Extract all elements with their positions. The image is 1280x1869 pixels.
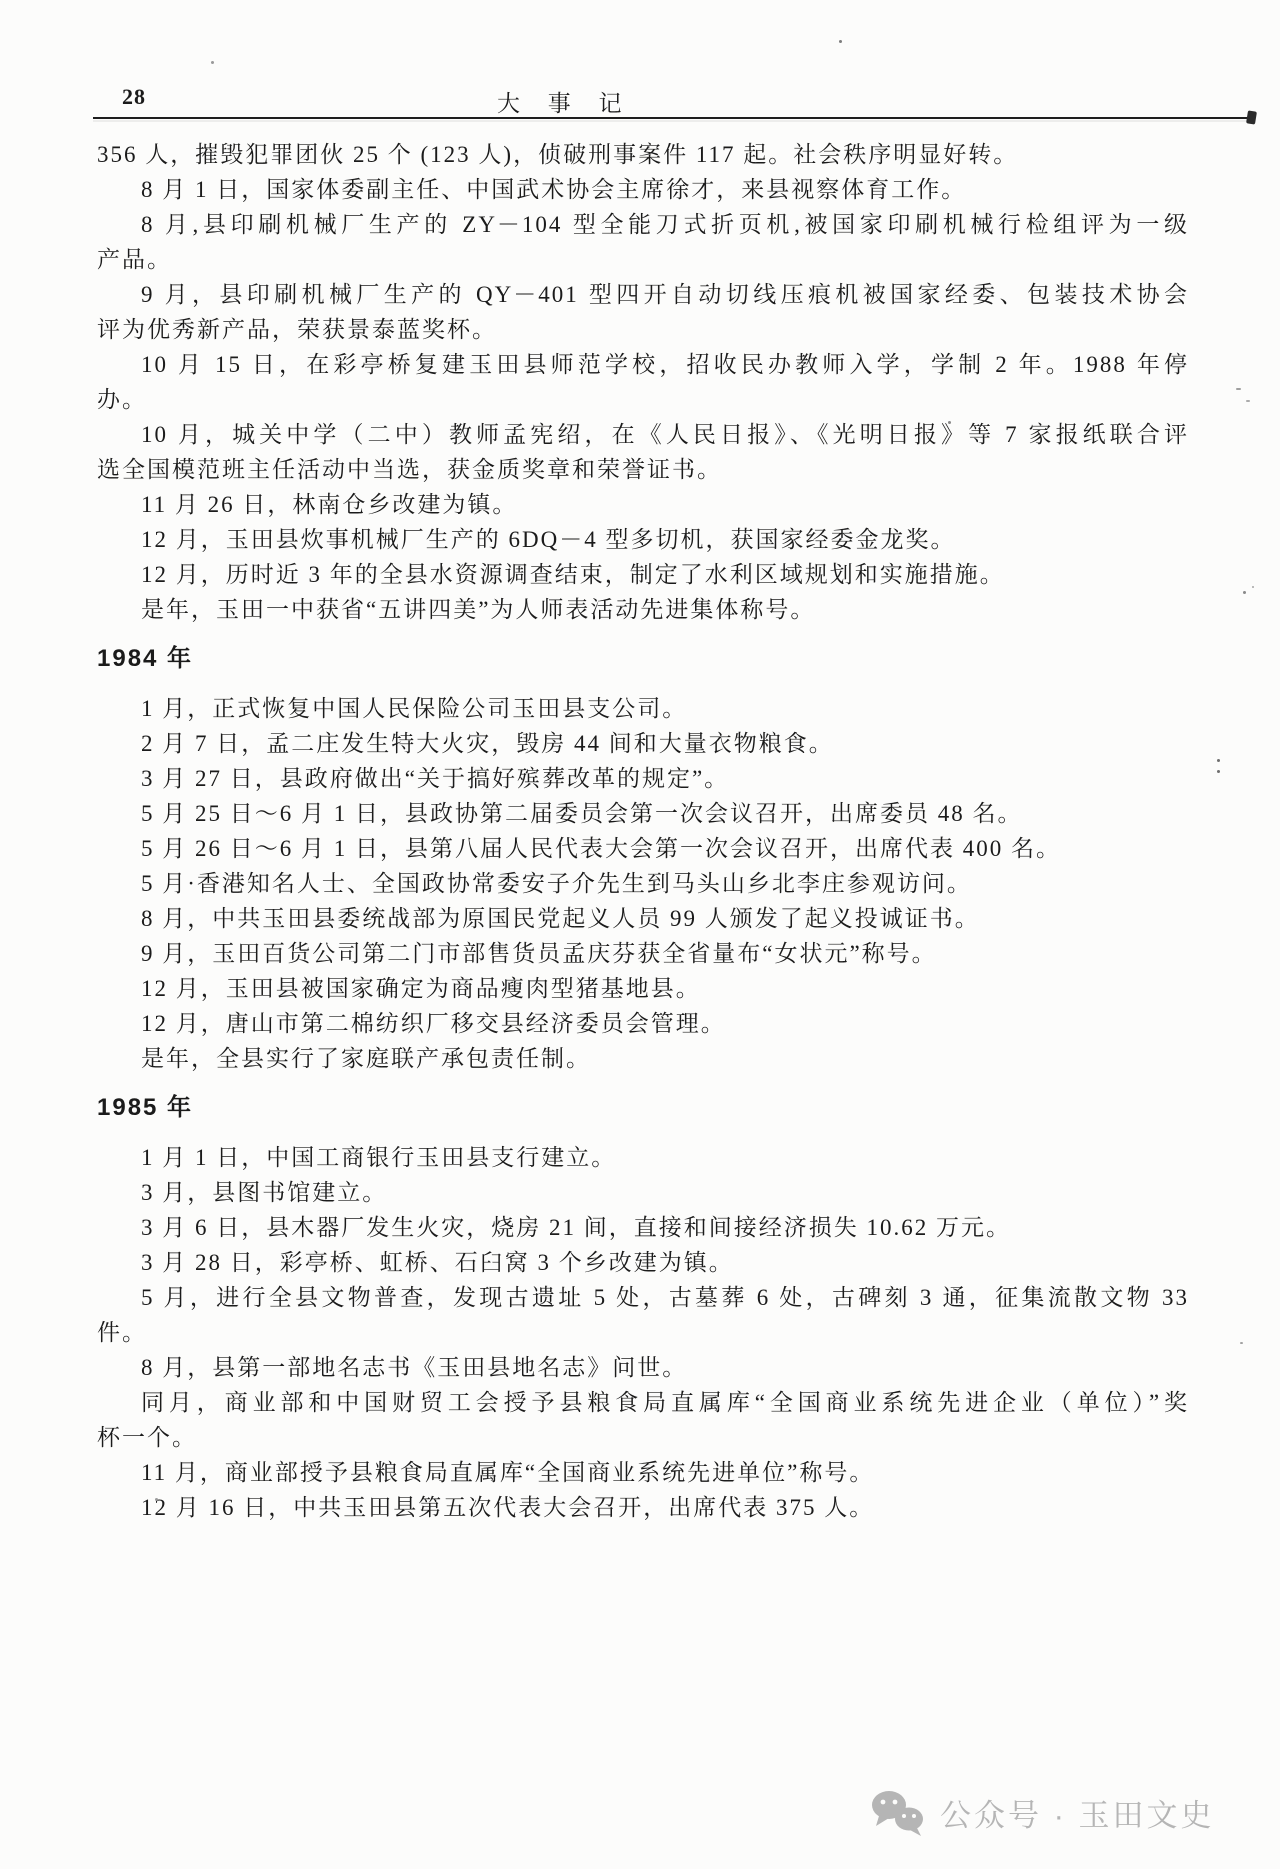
scan-artifact <box>1217 770 1220 773</box>
scan-artifact <box>1246 400 1250 402</box>
entry-line: 5 月 25 日～6 月 1 日，县政协第二届委员会第一次会议召开，出席委员 4… <box>97 796 1189 831</box>
page-header: 28 大 事 记 <box>93 84 1253 126</box>
section-continued: 356 人，摧毁犯罪团伙 25 个 (123 人)，侦破刑事案件 117 起。社… <box>97 137 1189 627</box>
scan-artifact <box>1240 1342 1243 1344</box>
entry-line: 产品。 <box>97 242 1189 277</box>
watermark-text: 公众号 · 玉田文史 <box>940 1790 1215 1835</box>
entry-line: 11 月 26 日，林南仓乡改建为镇。 <box>97 487 1189 522</box>
entry-line: 12 月，历时近 3 年的全县水资源调查结束，制定了水利区域规划和实施措施。 <box>97 557 1189 592</box>
entry-line: 是年，玉田一中获省“五讲四美”为人师表活动先进集体称号。 <box>97 592 1189 627</box>
entry-line: 12 月，玉田县被国家确定为商品瘦肉型猪基地县。 <box>97 971 1189 1006</box>
entry-line: 12 月，唐山市第二棉纺织厂移交县经济委员会管理。 <box>97 1006 1189 1041</box>
header-rule <box>93 117 1253 119</box>
scan-artifact <box>1252 586 1254 588</box>
section-1985: 1985 年 1 月 1 日，中国工商银行玉田县支行建立。 3 月，县图书馆建立… <box>97 1090 1189 1525</box>
scan-artifact <box>1243 591 1246 594</box>
entry-line: 评为优秀新产品，荣获景泰蓝奖杯。 <box>97 312 1189 347</box>
watermark: 公众号 · 玉田文史 <box>868 1788 1215 1836</box>
entry-line: 3 月 27 日，县政府做出“关于搞好殡葬改革的规定”。 <box>97 761 1189 796</box>
entry-line: 是年，全县实行了家庭联产承包责任制。 <box>97 1041 1189 1076</box>
scan-artifact <box>948 421 951 424</box>
document-page: 28 大 事 记 356 人，摧毁犯罪团伙 25 个 (123 人)，侦破刑事案… <box>0 0 1280 1869</box>
entry-line: 11 月，商业部授予县粮食局直属库“全国商业系统先进单位”称号。 <box>97 1455 1189 1490</box>
scan-artifact <box>1236 388 1241 390</box>
entry-line: 2 月 7 日，孟二庄发生特大火灾，毁房 44 间和大量衣物粮食。 <box>97 726 1189 761</box>
entry-line: 8 月，中共玉田县委统战部为原国民党起义人员 99 人颁发了起义投诚证书。 <box>97 901 1189 936</box>
scan-artifact <box>211 61 214 64</box>
entry-line: 办。 <box>97 382 1189 417</box>
entry-line: 3 月 28 日，彩亭桥、虹桥、石臼窝 3 个乡改建为镇。 <box>97 1245 1189 1280</box>
entry-line: 10 月，城关中学（二中）教师孟宪绍，在《人民日报》、《光明日报》等 7 家报纸… <box>97 417 1189 452</box>
entry-line: 9 月，县印刷机械厂生产的 QY－401 型四开自动切线压痕机被国家经委、包装技… <box>97 277 1189 312</box>
section-heading-1984: 1984 年 <box>97 641 1189 677</box>
entry-line: 3 月，县图书馆建立。 <box>97 1175 1189 1210</box>
entry-line: 8 月，县第一部地名志书《玉田县地名志》问世。 <box>97 1350 1189 1385</box>
entry-line: 杯一个。 <box>97 1420 1189 1455</box>
entry-line: 件。 <box>97 1315 1189 1350</box>
entry-line: 5 月，进行全县文物普查，发现古遗址 5 处，古墓葬 6 处，古碑刻 3 通，征… <box>97 1280 1189 1315</box>
page-title: 大 事 记 <box>497 85 633 118</box>
entry-line: 12 月，玉田县炊事机械厂生产的 6DQ－4 型多切机，获国家经委金龙奖。 <box>97 522 1189 557</box>
entry-line: 5 月·香港知名人士、全国政协常委安子介先生到马头山乡北李庄参观访问。 <box>97 866 1189 901</box>
entry-line: 1 月，正式恢复中国人民保险公司玉田县支公司。 <box>97 691 1189 726</box>
page-body: 356 人，摧毁犯罪团伙 25 个 (123 人)，侦破刑事案件 117 起。社… <box>97 137 1189 1525</box>
entry-line: 9 月，玉田百货公司第二门市部售货员孟庆芬获全省量布“女状元”称号。 <box>97 936 1189 971</box>
section-heading-1985: 1985 年 <box>97 1090 1189 1126</box>
section-1984: 1984 年 1 月，正式恢复中国人民保险公司玉田县支公司。 2 月 7 日，孟… <box>97 641 1189 1076</box>
entry-line: 8 月 1 日，国家体委副主任、中国武术协会主席徐才，来县视察体育工作。 <box>97 172 1189 207</box>
entry-line: 同月，商业部和中国财贸工会授予县粮食局直属库“全国商业系统先进企业（单位）”奖 <box>97 1385 1189 1420</box>
scan-artifact <box>1246 110 1257 124</box>
entry-line: 10 月 15 日，在彩亭桥复建玉田县师范学校，招收民办教师入学，学制 2 年。… <box>97 347 1189 382</box>
entry-line: 8 月,县印刷机械厂生产的 ZY－104 型全能刀式折页机,被国家印刷机械行检组… <box>97 207 1189 242</box>
entry-line: 3 月 6 日，县木器厂发生火灾，烧房 21 间，直接和间接经济损失 10.62… <box>97 1210 1189 1245</box>
entry-line: 356 人，摧毁犯罪团伙 25 个 (123 人)，侦破刑事案件 117 起。社… <box>97 137 1189 172</box>
entry-line: 选全国模范班主任活动中当选，获金质奖章和荣誉证书。 <box>97 452 1189 487</box>
entry-line: 1 月 1 日，中国工商银行玉田县支行建立。 <box>97 1140 1189 1175</box>
wechat-icon <box>868 1788 926 1836</box>
scan-artifact <box>839 40 842 43</box>
scan-artifact <box>1217 759 1220 762</box>
page-number: 28 <box>122 84 146 110</box>
entry-line: 5 月 26 日～6 月 1 日，县第八届人民代表大会第一次会议召开，出席代表 … <box>97 831 1189 866</box>
entry-line: 12 月 16 日，中共玉田县第五次代表大会召开，出席代表 375 人。 <box>97 1490 1189 1525</box>
scan-artifact <box>155 1498 158 1501</box>
